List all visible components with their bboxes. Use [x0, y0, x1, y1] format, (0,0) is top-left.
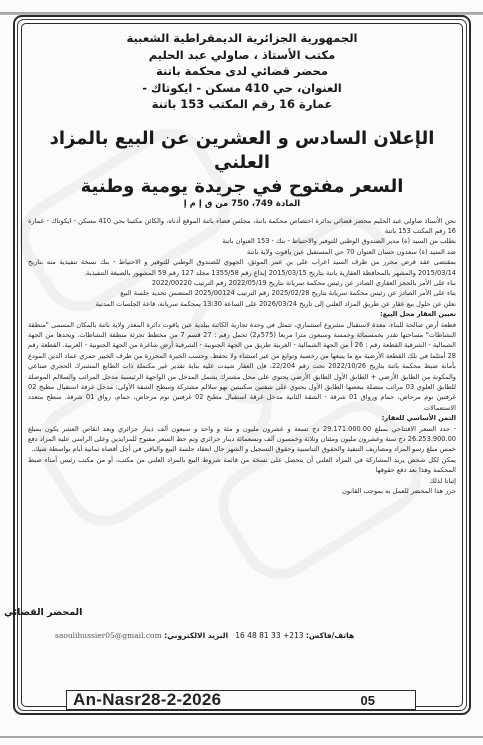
contact-line: هاتف/فاكس: 213+ 33 81 48 16 البريد الالك… [55, 631, 354, 640]
publication-footer: An-Nasr28-2-2026 05 [66, 690, 416, 711]
letterhead-office: مكتب الأستاذ ، صاولي عبد الحليم [26, 47, 458, 64]
price-paragraph: - حدد السعر الافتتاحي بمبلغ 29.171.000.0… [28, 424, 456, 455]
price-heading: الثمن الأساسي للعقار: [28, 413, 456, 423]
body-paragraph: نحن الأستاذ صاولي عبد الحليم محضر قضائي … [28, 216, 456, 237]
newspaper-legal-notice: الجمهورية الجزائرية الديمقراطية الشعبية … [0, 0, 483, 745]
property-heading: تعيين العقار محل البيع: [28, 309, 456, 319]
bottom-rule [0, 736, 483, 738]
notice-body: نحن الأستاذ صاولي عبد الحليم محضر قضائي … [26, 216, 458, 497]
notice-title: الإعلان السادس و العشرين عن البيع بالمزا… [26, 127, 458, 175]
closing-line: حرر هذا المحضر للعمل به بموجب القانون [28, 486, 456, 496]
page-number: 05 [361, 693, 375, 708]
body-paragraph: ضد السيد (ة) سعدون حسان العنوان 70 حي ال… [28, 247, 456, 257]
body-paragraph: بطلب من السيد (ة) مدير الصندوق الوطني لل… [28, 236, 456, 246]
phone-value: 213+ 33 81 48 16 [235, 631, 303, 640]
phone-label: هاتف/فاكس: [306, 631, 354, 640]
body-paragraph: بناء على الأمر بالحجز العقاري الصادر عن … [28, 278, 456, 288]
letterhead-address: العنوان، حي 410 مسكن - ايكوتاك - [26, 80, 458, 97]
notice-content: الجمهورية الجزائرية الديمقراطية الشعبية … [26, 26, 458, 666]
publication-date: An-Nasr28-2-2026 [73, 690, 221, 710]
body-paragraph: بمقتضى عقد قرض محرر من طرف السيد اعراب ع… [28, 257, 456, 278]
notice-subtitle: السعر مفتوح في جريدة يومية وطنية [26, 175, 458, 199]
body-paragraph: بناء على الأمر الصادر عن رئيس محكمة سريا… [28, 288, 456, 298]
letterhead-republic: الجمهورية الجزائرية الديمقراطية الشعبية [26, 30, 458, 47]
letterhead-building: عمارة 16 رقم المكتب 153 باتنة [26, 96, 458, 113]
attestation-line: إثباتا لذلك [28, 476, 456, 486]
email-value: saoulihussier05@gmail.com [55, 631, 162, 640]
email-label: البريد الالكتروني: [164, 631, 228, 640]
conditions-paragraph: يمكن لكل شخص يريد المشاركة في المزاد الع… [28, 455, 456, 476]
letterhead: الجمهورية الجزائرية الديمقراطية الشعبية … [26, 30, 458, 113]
legal-article-reference: المادة 749، 750 من ق إ م إ [26, 199, 458, 210]
letterhead-role: محضر قضائي لدى محكمة باتنة [26, 63, 458, 80]
body-paragraph: نعلن عن حلول بيع عقار عن طريق المزاد الع… [28, 299, 456, 309]
property-description: قطعة أرض صالحة للبناء، معدة لاستقبال مشر… [28, 320, 456, 414]
signature-label: المحضر القضائي [4, 607, 82, 618]
